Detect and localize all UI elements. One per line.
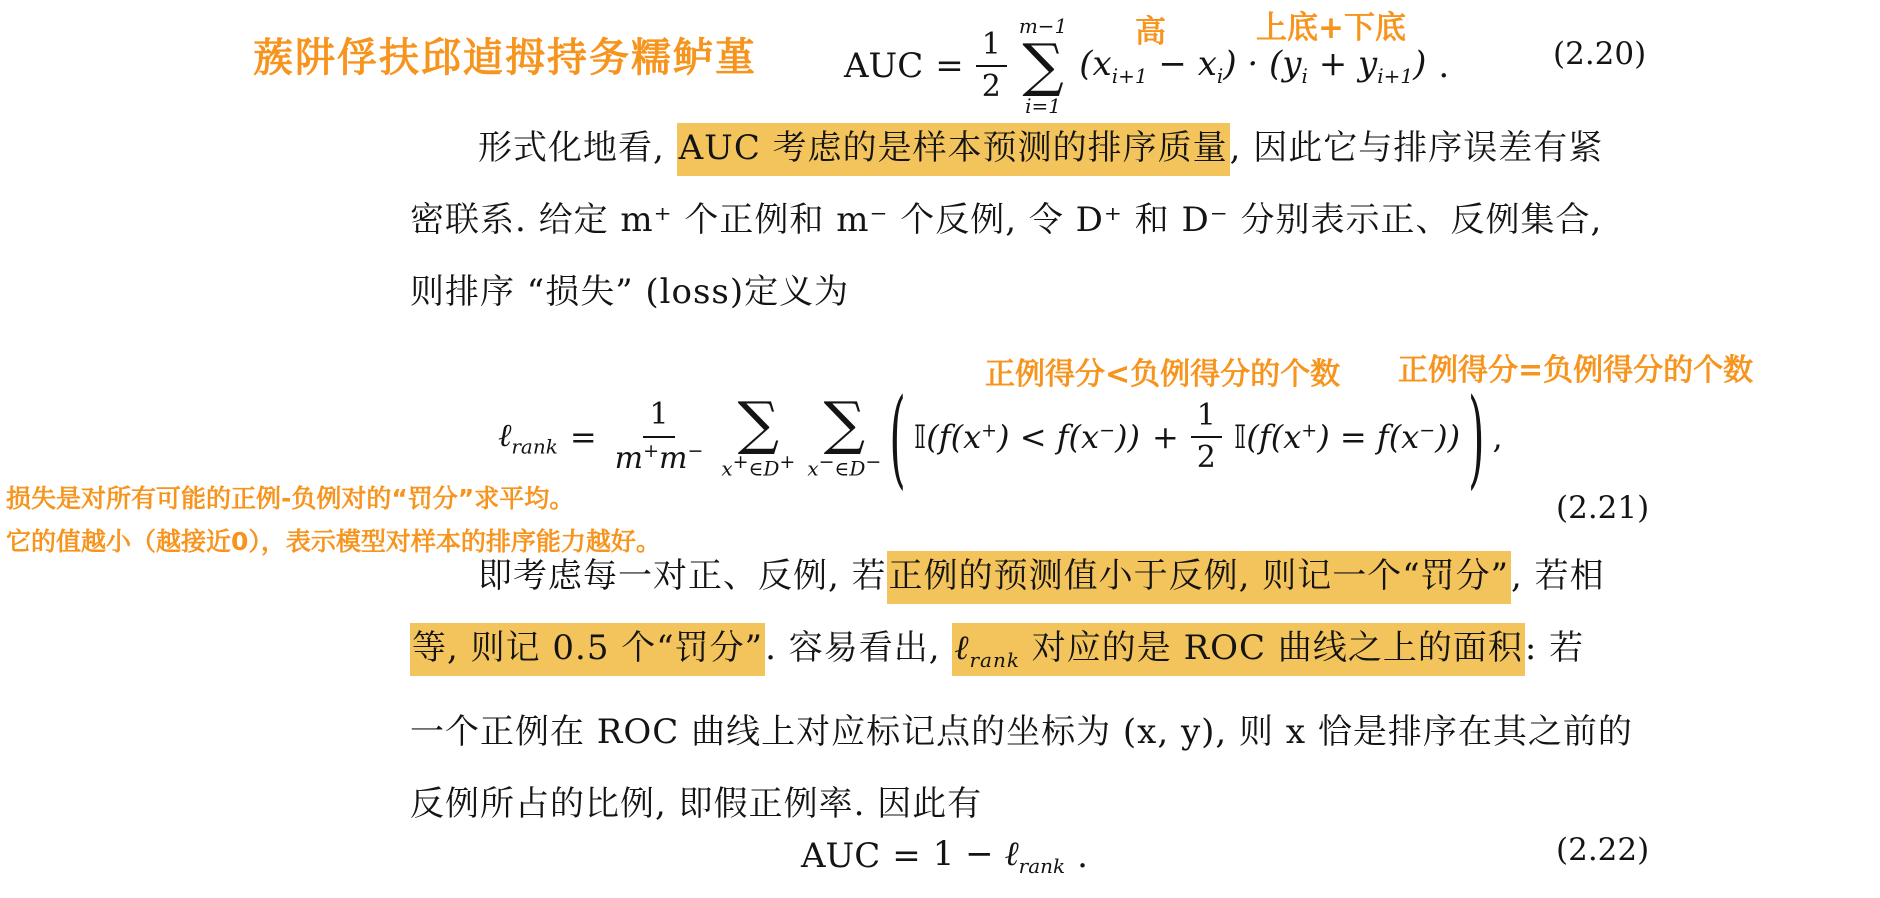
highlight-auc-ranking-quality: AUC 考虑的是样本预测的排序质量: [677, 123, 1230, 176]
paragraph-auc-ranking: 形式化地看, AUC 考虑的是样本预测的排序质量, 因此它与排序误差有紧 密联系…: [410, 112, 1603, 328]
highlight-roc-area: ℓrank 对应的是 ROC 曲线之上的面积: [952, 623, 1525, 676]
handwritten-scribble-note: 蔟阱俘扶邱逌拇持务糯鲈堇: [253, 26, 757, 83]
paragraph2-line1: 即考虑每一对正、反例, 若正例的预测值小于反例, 则记一个“罚分”, 若相: [410, 540, 1633, 612]
eq221-comma: ,: [1493, 418, 1503, 456]
eq220-expression: (xi+1 − xi) · (yi + yi+1): [1079, 44, 1426, 88]
eq220-fraction-half: 1 2: [976, 28, 1007, 105]
eq221-sum-negative: ∑ x−∈D−: [807, 395, 881, 480]
eq221-fraction: 1 m+m−: [609, 398, 710, 476]
annotation-bases-label: 上底+下底: [1256, 2, 1406, 47]
eq222-period: .: [1077, 836, 1088, 876]
eq220-period: .: [1438, 46, 1449, 86]
eq221-lhs: ℓrank: [498, 416, 558, 458]
equation-number-2-20: (2.20): [1553, 36, 1646, 72]
eq221-plus: +: [1152, 418, 1179, 456]
eq222-equals: =: [892, 836, 921, 876]
eq222-lhs: AUC: [801, 836, 880, 876]
annotation-height-label: 高: [1135, 6, 1166, 51]
loss-note-line1: 损失是对所有可能的正例-负例对的“罚分”求平均。: [6, 477, 661, 520]
eq220-summation: m−1 ∑ i=1: [1019, 15, 1067, 116]
paragraph-penalty-explanation: 即考虑每一对正、反例, 若正例的预测值小于反例, 则记一个“罚分”, 若相 等,…: [410, 540, 1633, 840]
eq221-indicator1: 𝕀(f(x+) < f(x−)): [914, 418, 1140, 456]
equation-number-2-21: (2.21): [1556, 490, 1649, 526]
eq222-rhs: 1 − ℓrank: [933, 834, 1065, 878]
equation-number-2-22: (2.22): [1556, 832, 1649, 868]
paragraph2-line2: 等, 则记 0.5 个“罚分”. 容易看出, ℓrank 对应的是 ROC 曲线…: [410, 612, 1633, 696]
highlight-half-penalty: 等, 则记 0.5 个“罚分”: [410, 623, 765, 676]
highlight-penalty-rule: 正例的预测值小于反例, 则记一个“罚分”: [887, 551, 1511, 604]
paragraph1-line1: 形式化地看, AUC 考虑的是样本预测的排序质量, 因此它与排序误差有紧: [410, 112, 1603, 184]
equation-auc-complement: AUC = 1 − ℓrank .: [795, 826, 1094, 886]
paragraph1-line3: 则排序 “损失” (loss)定义为: [410, 256, 1603, 328]
eq221-fraction-half: 1 2: [1191, 399, 1222, 476]
eq221-sum-positive: ∑ x+∈D+: [721, 395, 795, 480]
eq220-equals: =: [935, 46, 964, 86]
eq221-indicator2: 𝕀(f(x+) = f(x−)): [1234, 418, 1460, 456]
eq221-left-paren: (: [889, 375, 905, 500]
eq221-right-paren: ): [1468, 375, 1484, 500]
scanned-textbook-page: 蔟阱俘扶邱逌拇持务糯鲈堇 AUC = 1 2 m−1 ∑ i=1 (xi+1 −…: [0, 0, 1880, 898]
paragraph2-line3: 一个正例在 ROC 曲线上对应标记点的坐标为 (x, y), 则 x 恰是排序在…: [410, 696, 1633, 768]
paragraph1-line2: 密联系. 给定 m⁺ 个正例和 m⁻ 个反例, 令 D⁺ 和 D⁻ 分别表示正、…: [410, 184, 1603, 256]
eq220-lhs: AUC: [844, 46, 923, 86]
eq221-equals: =: [570, 418, 597, 456]
